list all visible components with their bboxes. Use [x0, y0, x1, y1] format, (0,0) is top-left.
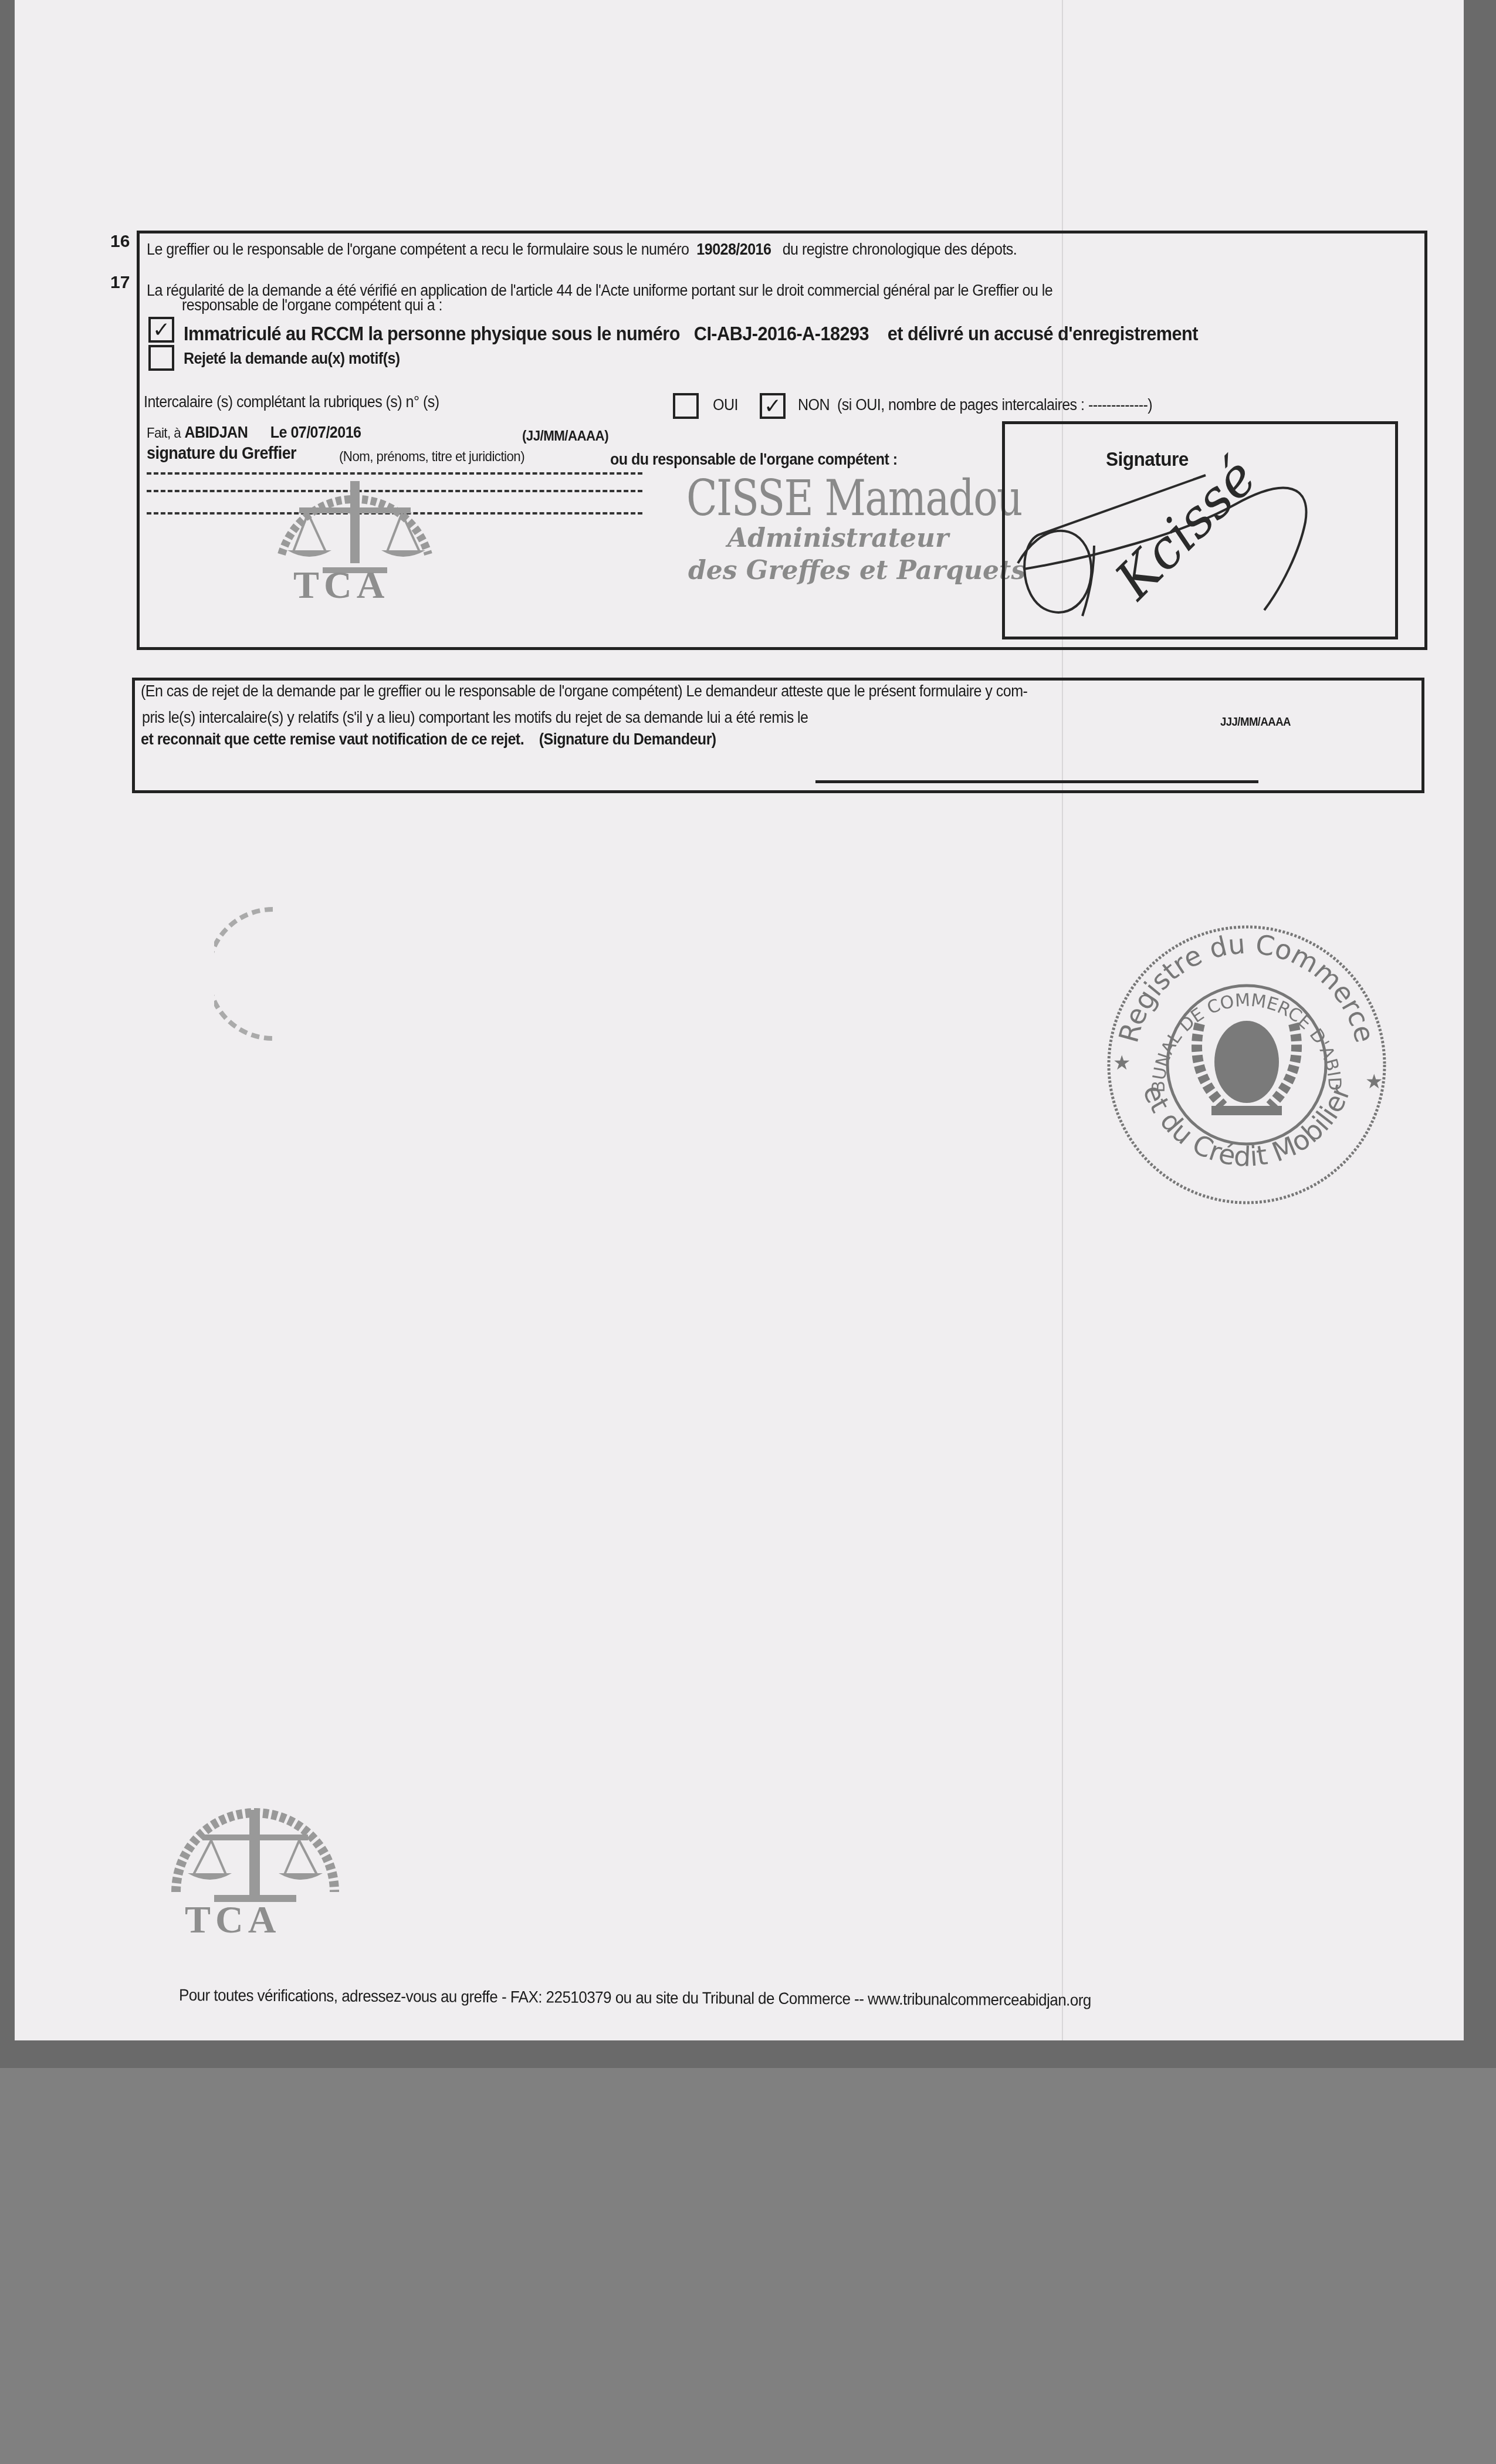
deposit-registration-number: 19028/2016	[696, 241, 771, 258]
check-icon: ✓	[764, 395, 781, 417]
coat-of-arms-icon	[1197, 1021, 1297, 1115]
star-icon: ★	[1365, 1071, 1383, 1093]
rccm-number: CI-ABJ-2016-A-18293	[694, 323, 869, 344]
stamp-official-department: des Greffes et Parquets	[688, 556, 1025, 585]
tca-logo: TCA	[258, 455, 452, 598]
handwritten-signature: Kcissé	[1006, 452, 1335, 628]
tca-letters: TCA	[293, 563, 389, 608]
footer-verification-note: Pour toutes vérifications, adressez-vous…	[179, 1986, 1091, 2010]
rejection-line-2: pris le(s) intercalaire(s) y relatifs (s…	[142, 709, 808, 727]
oui-label: OUI	[713, 396, 738, 414]
faint-stamp-mark	[214, 903, 290, 1044]
organ-label: ou du responsable de l'organe compétent …	[610, 451, 898, 469]
rejection-date-format: JJJ/MM/AAAA	[1220, 716, 1291, 729]
date-format-hint: (JJ/MM/AAAA)	[522, 428, 608, 445]
tca-logo-bottom: TCA	[158, 1786, 352, 1933]
intercalaire-label: Intercalaire (s) complétant la rubriques…	[144, 393, 439, 411]
registered-checkbox[interactable]: ✓	[148, 317, 174, 343]
place-and-date: Fait, à ABIDJAN Le 07/07/2016	[147, 424, 361, 442]
non-label: NON (si OUI, nombre de pages intercalair…	[798, 396, 1152, 414]
registry-round-stamp: Registre du Commerce et du Crédit Mobili…	[1100, 918, 1393, 1211]
tca-letters: TCA	[185, 1898, 280, 1942]
document-page: 16 Le greffier ou le responsable de l'or…	[15, 0, 1464, 2040]
star-icon: ★	[1113, 1052, 1131, 1074]
oui-checkbox[interactable]	[673, 393, 699, 419]
signature-glyphs: Kcissé	[1103, 452, 1268, 612]
registered-option-text: Immatriculé au RCCM la personne physique…	[184, 323, 1198, 345]
stamp-official-title: Administrateur	[727, 523, 949, 553]
rejected-checkbox[interactable]	[148, 345, 174, 371]
rejected-option-text: Rejeté la demande au(x) motif(s)	[184, 350, 400, 368]
section-number-16: 16	[110, 232, 130, 252]
check-icon: ✓	[153, 319, 170, 340]
stamp-official-name: CISSE Mamadou	[686, 469, 1022, 527]
rejection-line-1: (En cas de rejet de la demande par le gr…	[141, 682, 1027, 700]
place-value: ABIDJAN	[185, 424, 248, 441]
applicant-signature-line	[815, 780, 1258, 783]
section-17-line2: responsable de l'organe compétent qui a …	[182, 296, 442, 314]
rejection-line-3: et reconnait que cette remise vaut notif…	[141, 730, 716, 749]
non-checkbox[interactable]: ✓	[760, 393, 786, 419]
section-16-text: Le greffier ou le responsable de l'organ…	[147, 241, 1017, 259]
applicant-signature-label: (Signature du Demandeur)	[539, 730, 716, 748]
date-value: 07/07/2016	[290, 424, 361, 441]
section-number-17: 17	[110, 273, 130, 293]
